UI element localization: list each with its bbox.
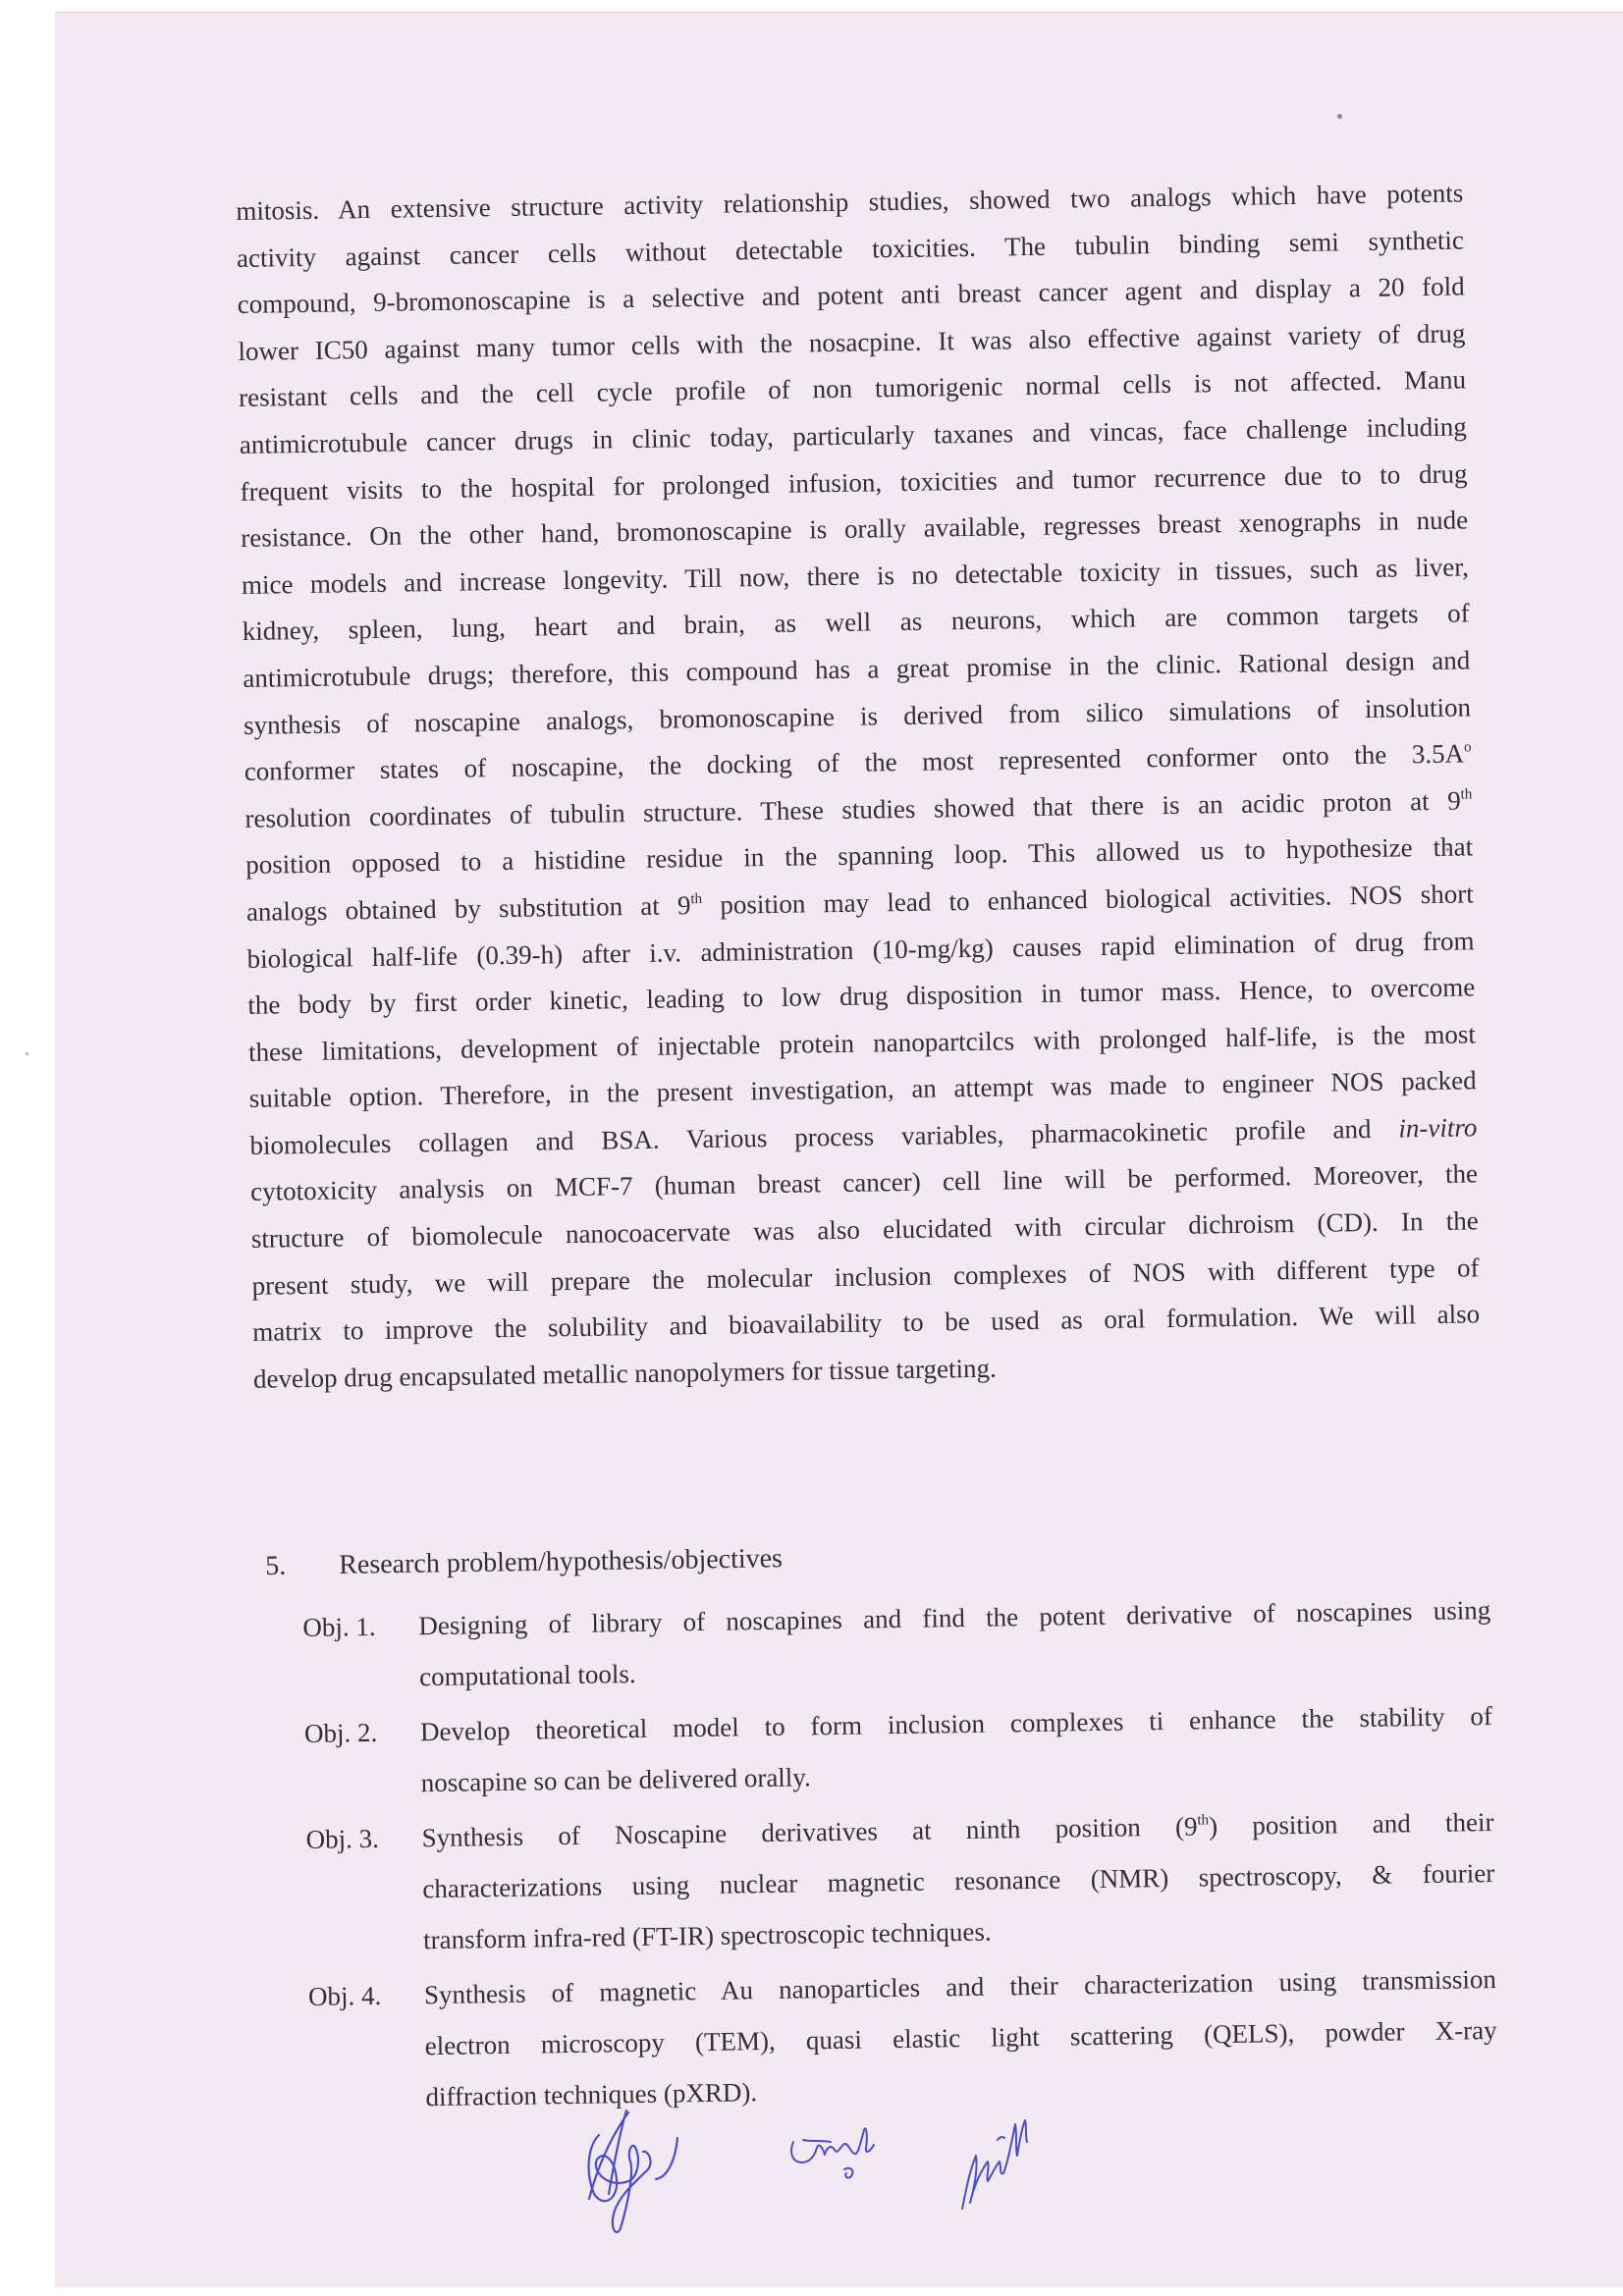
section-title: Research problem/hypothesis/objectives: [339, 1543, 783, 1580]
line-text: resolution coordinates of tubulin struct…: [244, 785, 1461, 832]
body-paragraph: mitosis. An extensive structure activity…: [236, 170, 1481, 1403]
line-text: conformer states of noscapine, the docki…: [244, 739, 1465, 786]
objective-label: Obj. 2.: [304, 1706, 422, 1810]
objective-text: Designing of library of noscapines and f…: [418, 1584, 1491, 1702]
degree-superscript: o: [1464, 740, 1472, 756]
signature-2: [791, 2128, 874, 2177]
objective-item: Obj. 2. Develop theoretical model to for…: [304, 1690, 1493, 1810]
objective-text: Synthesis of Noscapine derivatives at ni…: [421, 1796, 1495, 1965]
section-number: 5.: [265, 1550, 339, 1582]
line-text: biomolecules collagen and BSA. Various p…: [249, 1114, 1371, 1160]
objective-text: Develop theoretical model to form inclus…: [420, 1690, 1493, 1808]
th-superscript: th: [1197, 1812, 1209, 1828]
signature-3: [962, 2120, 1027, 2209]
italic-term: in-vitro: [1398, 1112, 1477, 1143]
scan-speck: [26, 1052, 28, 1055]
line-text: Synthesis of Noscapine derivatives at ni…: [421, 1812, 1197, 1853]
objective-label: Obj. 1.: [302, 1600, 420, 1704]
signatures-area: [550, 2101, 1139, 2248]
signature-group: [550, 2101, 1139, 2248]
line-text: analogs obtained by substitution at 9: [246, 890, 691, 927]
objective-text: Synthesis of magnetic Au nanoparticles a…: [424, 1953, 1498, 2122]
line-text: position may lead to enhanced biological…: [702, 879, 1474, 920]
objectives-list: Obj. 1. Designing of library of noscapin…: [302, 1584, 1498, 2128]
th-superscript: th: [690, 891, 702, 907]
objective-label: Obj. 3.: [305, 1812, 423, 1967]
scan-speck: [1337, 114, 1342, 119]
signature-1: [589, 2110, 677, 2232]
objective-item: Obj. 3. Synthesis of Noscapine derivativ…: [305, 1796, 1495, 1967]
objective-item: Obj. 4. Synthesis of magnetic Au nanopar…: [308, 1953, 1498, 2124]
line-text: ) position and their: [1209, 1807, 1494, 1841]
th-superscript: th: [1461, 786, 1473, 802]
objective-item: Obj. 1. Designing of library of noscapin…: [302, 1584, 1491, 1704]
objective-label: Obj. 4.: [308, 1969, 426, 2124]
